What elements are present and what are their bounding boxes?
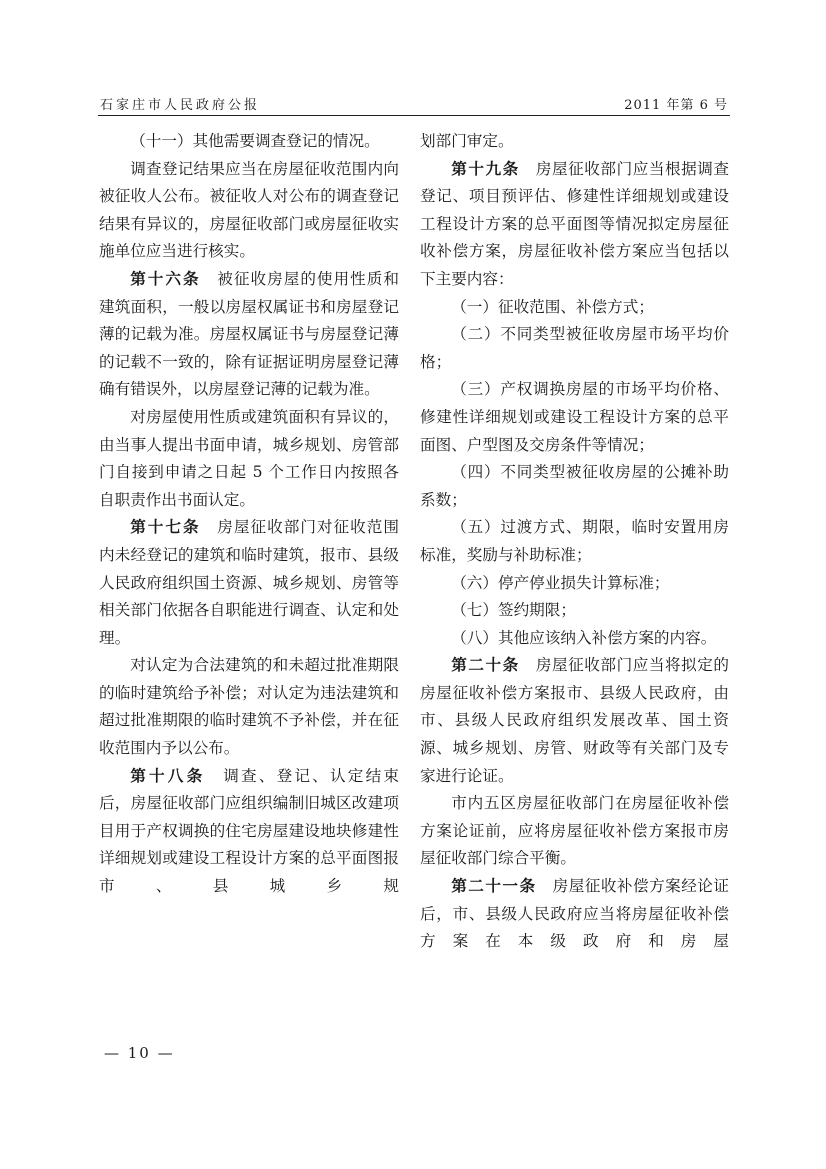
right-column: 划部门审定。 第十九条房屋征收部门应当根据调查登记、项目预评估、修建性详细规划或… [420,128,729,956]
paragraph: （十一）其他需要调查登记的情况。 [99,128,399,156]
article-paragraph: 第十九条房屋征收部门应当根据调查登记、项目预评估、修建性详细规划或建设工程设计方… [420,156,729,294]
paragraph: 调查登记结果应当在房屋征收范围内向被征收人公布。被征收人对公布的调查登记结果有异… [99,156,399,266]
article-heading: 第二十一条 [451,877,536,895]
list-item: （一）征收范围、补偿方式； [420,294,729,322]
article-paragraph: 第十六条被征收房屋的使用性质和建筑面积，一般以房屋权属证书和房屋登记薄的记载为准… [99,266,399,404]
list-item: （五）过渡方式、期限，临时安置用房标准，奖励与补助标准； [420,514,729,569]
running-header: 石家庄市人民政府公报 2011 年第 6 号 [98,92,728,114]
article-paragraph: 第二十一条房屋征收补偿方案经论证后，市、县级人民政府应当将房屋征收补偿方案在本级… [420,873,729,956]
list-item: （八）其他应该纳入补偿方案的内容。 [420,625,729,653]
list-item: （四）不同类型被征收房屋的公摊补助系数； [420,459,729,514]
paragraph: 划部门审定。 [420,128,729,156]
article-paragraph: 第二十条房屋征收部门应当将拟定的房屋征收补偿方案报市、县级人民政府，由市、县级人… [420,652,729,790]
paragraph: 对房屋使用性质或建筑面积有异议的，由当事人提出书面申请，城乡规划、房管部门自接到… [99,404,399,514]
article-paragraph: 第十七条房屋征收部门对征收范围内未经登记的建筑和临时建筑，报市、县级人民政府组织… [99,514,399,652]
publication-title: 石家庄市人民政府公报 [100,94,260,113]
paragraph: 对认定为合法建筑的和未超过批准期限的临时建筑给予补偿；对认定为违法建筑和超过批准… [99,652,399,762]
article-heading: 第十九条 [451,160,520,178]
left-column: （十一）其他需要调查登记的情况。 调查登记结果应当在房屋征收范围内向被征收人公布… [99,128,399,901]
article-heading: 第十七条 [130,518,200,536]
article-heading: 第二十条 [451,656,520,674]
list-item: （三）产权调换房屋的市场平均价格、修建性详细规划或建设工程设计方案的总平面图、户… [420,376,729,459]
list-item: （七）签约期限； [420,597,729,625]
header-rule [98,115,730,116]
page-number: — 10 — [104,1044,175,1062]
article-paragraph: 第十八条调查、登记、认定结束后，房屋征收部门应组织编制旧城区改建项目用于产权调换… [99,763,399,901]
paragraph: 市内五区房屋征收部门在房屋征收补偿方案论证前，应将房屋征收补偿方案报市房屋征收部… [420,790,729,873]
list-item: （二）不同类型被征收房屋市场平均价格； [420,321,729,376]
article-heading: 第十八条 [130,767,205,785]
list-item: （六）停产停业损失计算标准； [420,570,729,598]
article-heading: 第十六条 [130,270,200,288]
issue-number: 2011 年第 6 号 [624,94,728,113]
